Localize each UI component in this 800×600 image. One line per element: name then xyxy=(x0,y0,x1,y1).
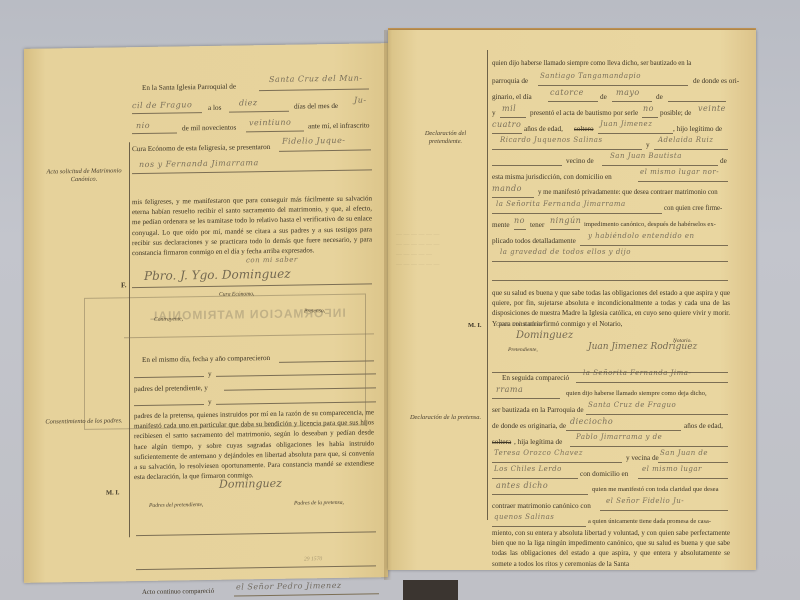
fill-line xyxy=(550,229,580,230)
s2-line-4: años de edad, xyxy=(684,420,723,432)
right-page: — — — — — —— — — — — —— — — — —— — — — —… xyxy=(388,30,756,570)
hand-presented-2: nos y Fernanda Jimarrama xyxy=(139,158,259,169)
hand-parish: Santa Cruz del Mun- xyxy=(269,74,362,84)
hand-s2-vecina: San Juan de xyxy=(660,449,708,457)
acto-continuo-label: Acto continuo compareció xyxy=(142,586,214,599)
fill-line xyxy=(638,478,728,479)
spine-shadow xyxy=(384,30,392,580)
paragraph-2: miento, con su entera y absoluta liberta… xyxy=(492,528,730,569)
fill-line xyxy=(132,112,202,114)
s2-line-2: ser bautizada en la Parroquia de xyxy=(492,404,584,416)
s1-line-0: quien dijo haberse llamado siempre como … xyxy=(492,58,691,70)
hand-s2-contraer-2: quenos Salinas xyxy=(494,513,554,521)
fill-line xyxy=(492,478,578,479)
header-line-2a: a los xyxy=(208,102,221,114)
hand-s1-month: mayo xyxy=(616,88,640,97)
fill-line xyxy=(602,165,718,166)
header-line-3: de mil novecientos xyxy=(182,122,236,135)
s1-line-4: de xyxy=(600,91,607,103)
paragraph-2: padres de la pretensa, quienes instruido… xyxy=(134,407,374,482)
fill-line xyxy=(612,101,652,102)
hand-s1-tener: ningún xyxy=(550,216,581,225)
fill-line xyxy=(566,430,681,431)
hand-year: veintiuno xyxy=(249,118,291,128)
fill-line xyxy=(514,229,526,230)
s2-line-6: , hija legítima de xyxy=(514,436,562,448)
fill-line xyxy=(259,88,369,91)
hand-note: con mi saber xyxy=(246,256,298,265)
s2-line-3: de donde es originaria, de xyxy=(492,420,566,432)
header-line-2b: días del mes de xyxy=(294,100,338,113)
hand-s2-vecina-2: Los Chiles Lerdo xyxy=(494,465,562,473)
fill-line xyxy=(492,197,534,198)
padres-pretensa-label: Padres de la pretensa, xyxy=(294,500,344,507)
fill-line xyxy=(246,130,304,132)
cura-label: Cura Ecónomo, xyxy=(219,291,254,298)
hand-s2-parish: Santa Cruz de Fraguo xyxy=(588,401,676,409)
book-binding xyxy=(403,580,458,600)
signature-marker: F. xyxy=(121,279,127,291)
fill-line xyxy=(492,133,522,134)
hand-day: diez xyxy=(239,98,258,107)
hand-s1-no: no xyxy=(643,104,654,113)
hand-s1-vecino: San Juan Bautista xyxy=(610,152,682,160)
s1-line-11: , hijo legítimo de xyxy=(673,123,722,135)
hand-s2-name: la Señorita Fernanda Jima- xyxy=(583,369,691,377)
s1-line-1: parroquia de xyxy=(492,75,528,87)
s1-line-20: plicado todos detalladamente xyxy=(492,235,576,247)
s1-line-2: de donde es ori- xyxy=(693,75,739,87)
contrayente-label: Contrayente, xyxy=(154,316,183,322)
s1-line-16: con quien cree firme- xyxy=(664,203,722,215)
pretenso-label: Pretenso, xyxy=(304,308,325,314)
fill-line xyxy=(598,133,673,134)
fill-line xyxy=(492,494,588,495)
s2-line-1: quien dijo haberse llamado siempre como … xyxy=(566,388,707,400)
fill-line xyxy=(638,181,728,182)
paragraph-1: mis feligreses, y me manifestaron que pa… xyxy=(132,193,372,258)
comparecencia-line-1: En el mismo día, fecha y año comparecier… xyxy=(142,352,270,366)
fill-line xyxy=(492,462,622,463)
signature-notario: Juan Jimenez Rodriguez xyxy=(588,342,697,352)
fill-line xyxy=(600,510,728,511)
fill-line xyxy=(136,531,376,536)
hand-s1-soltero: Juan Jimenez xyxy=(600,120,652,128)
signature-pretendiente: Dominguez xyxy=(516,330,573,341)
fill-line xyxy=(538,85,688,86)
pretendiente-label: Pretendiente, xyxy=(508,347,538,353)
margin-label-pretensa: Declaración de la pretensa. xyxy=(408,414,483,422)
s2-line-7: y vecina de xyxy=(626,452,659,464)
fill-line xyxy=(492,213,662,214)
fill-line xyxy=(586,414,728,415)
hand-s1-contraer: la Señorita Fernanda Jimarrama xyxy=(496,200,626,208)
s1-line-17: mente xyxy=(492,219,510,231)
s1-line-14: esta misma jurisdicción, con domicilio e… xyxy=(492,171,612,183)
fill-line xyxy=(492,526,586,527)
hand-s2-age: dieciocho xyxy=(570,417,613,426)
hand-s1-domicilio-2: mando xyxy=(492,184,522,193)
hand-s1-explicado-2: la gravedad de todos ellos y dijo xyxy=(500,248,631,256)
hand-s1-parents-1: Ricardo Juquenos Salinas xyxy=(500,136,603,144)
hand-s1-explicado: y habiéndolo entendido en xyxy=(588,232,695,240)
fill-line xyxy=(132,169,372,174)
fill-line xyxy=(548,101,598,102)
s2-line-0: En seguida compareció xyxy=(502,372,569,384)
bleed-through: — — — — — —— — — — — —— — — — —— — — — —… xyxy=(396,230,486,270)
fill-line xyxy=(132,132,177,134)
hand-month: Ju- xyxy=(354,95,367,104)
comparecencia-y: y xyxy=(208,368,212,380)
s1-line-8: posible; de xyxy=(660,107,691,119)
fill-line xyxy=(576,382,728,383)
hand-s2-parents-1: Pablo Jimarrama y de xyxy=(576,433,662,441)
s1-line-12: vecino de xyxy=(566,155,594,167)
s1-line-6: y xyxy=(492,107,496,119)
header-line-4: Cura Ecónomo de esta feligresía, se pres… xyxy=(132,141,270,155)
s1-y: y xyxy=(646,139,650,151)
s2-line-8: con domicilio en xyxy=(580,468,628,480)
hand-s1-note: con mi saber xyxy=(496,320,544,328)
fill-line xyxy=(500,117,526,118)
hand-acto-value: el Señor Pedro Jimenez xyxy=(236,581,342,592)
s1-line-9: años de edad, xyxy=(524,123,563,135)
s2-line-9: quien me manifestó con toda claridad que… xyxy=(592,484,719,496)
margin-rule xyxy=(487,50,488,520)
hand-parish-2: cil de Fraguo xyxy=(132,100,192,110)
hand-s2-domicilio: el mismo lugar xyxy=(642,465,702,473)
fill-line xyxy=(642,117,658,118)
margin-label-acta: Acta solicitud de Matrimonio Canónico. xyxy=(44,167,124,184)
mi-label: M. I. xyxy=(468,322,482,329)
fill-line xyxy=(580,245,728,246)
fill-line xyxy=(234,593,379,596)
fill-line xyxy=(492,165,562,166)
s2-line-5: soltera xyxy=(492,436,511,448)
hand-month-2: nio xyxy=(136,121,150,130)
s1-line-19: impedimento canónico, después de habérse… xyxy=(584,219,716,231)
s1-line-5: de xyxy=(656,91,663,103)
comparecencia-y2: y xyxy=(208,396,212,408)
fill-line xyxy=(279,149,371,151)
header-line-3b: ante mí, el infrascrito xyxy=(308,119,369,132)
s1-line-18: tener xyxy=(530,219,544,231)
fill-line xyxy=(492,398,560,399)
mi-label: M. I. xyxy=(106,489,120,496)
s1-line-3: ginario, el día xyxy=(492,91,532,103)
signature-line xyxy=(132,283,372,288)
comparecencia-line-3: padres del pretendiente, y xyxy=(134,382,208,395)
hand-s1-age: veinte xyxy=(698,104,726,113)
hand-s1-parents-2: Adelaida Ruiz xyxy=(658,136,713,144)
hand-s2-name-2: rrama xyxy=(496,385,523,394)
fill-line xyxy=(492,280,728,281)
hand-s2-domicilio-2: antes dicho xyxy=(496,481,548,490)
s2-line-11: a quien únicamente tiene dada promesa de… xyxy=(588,516,711,528)
hand-s2-parents-2: Teresa Orozco Chavez xyxy=(494,449,583,457)
fill-line xyxy=(492,149,642,150)
fill-line xyxy=(570,446,728,447)
hand-s1-age-2: cuatro xyxy=(492,120,521,129)
hand-s1-parish: Santiago Tangamandapio xyxy=(540,72,641,80)
fill-line xyxy=(658,462,728,463)
fill-line xyxy=(229,111,289,113)
s1-line-13: de xyxy=(720,155,727,167)
fill-line xyxy=(492,261,728,262)
padres-pretendiente-label: Padres del pretendiente, xyxy=(149,502,203,509)
s1-line-7: presentó el acta de bautismo por serle xyxy=(530,107,638,119)
margin-label-pretendiente: Declaración del pretendiente. xyxy=(408,130,483,146)
hand-s1-day: catorce xyxy=(550,88,584,97)
left-page: Acta solicitud de Matrimonio Canónico. C… xyxy=(24,43,388,583)
fill-line xyxy=(654,149,728,150)
hand-s2-contraer: el Señor Fidelio Ju- xyxy=(606,497,684,505)
hand-s1-y: mil xyxy=(502,104,516,113)
s2-line-10: contraer matrimonio canónico con xyxy=(492,500,591,512)
stamp-number: 29 1570 xyxy=(304,556,322,562)
fill-line xyxy=(136,565,376,570)
signature-priest: Pbro. J. Ygo. Dominguez xyxy=(144,267,291,283)
hand-presented: Fidelio Juque- xyxy=(282,136,346,146)
s1-line-10: soltero xyxy=(574,123,594,135)
hand-s1-firme: no xyxy=(514,216,525,225)
s1-line-15: y me manifestó privadamente: que desea c… xyxy=(538,187,718,199)
signature-mi: Dominguez xyxy=(219,477,282,491)
header-line-1: En la Santa Iglesia Parroquial de xyxy=(142,81,236,94)
hand-s1-domicilio: el mismo lugar nor- xyxy=(640,168,719,176)
fill-line xyxy=(668,101,726,102)
